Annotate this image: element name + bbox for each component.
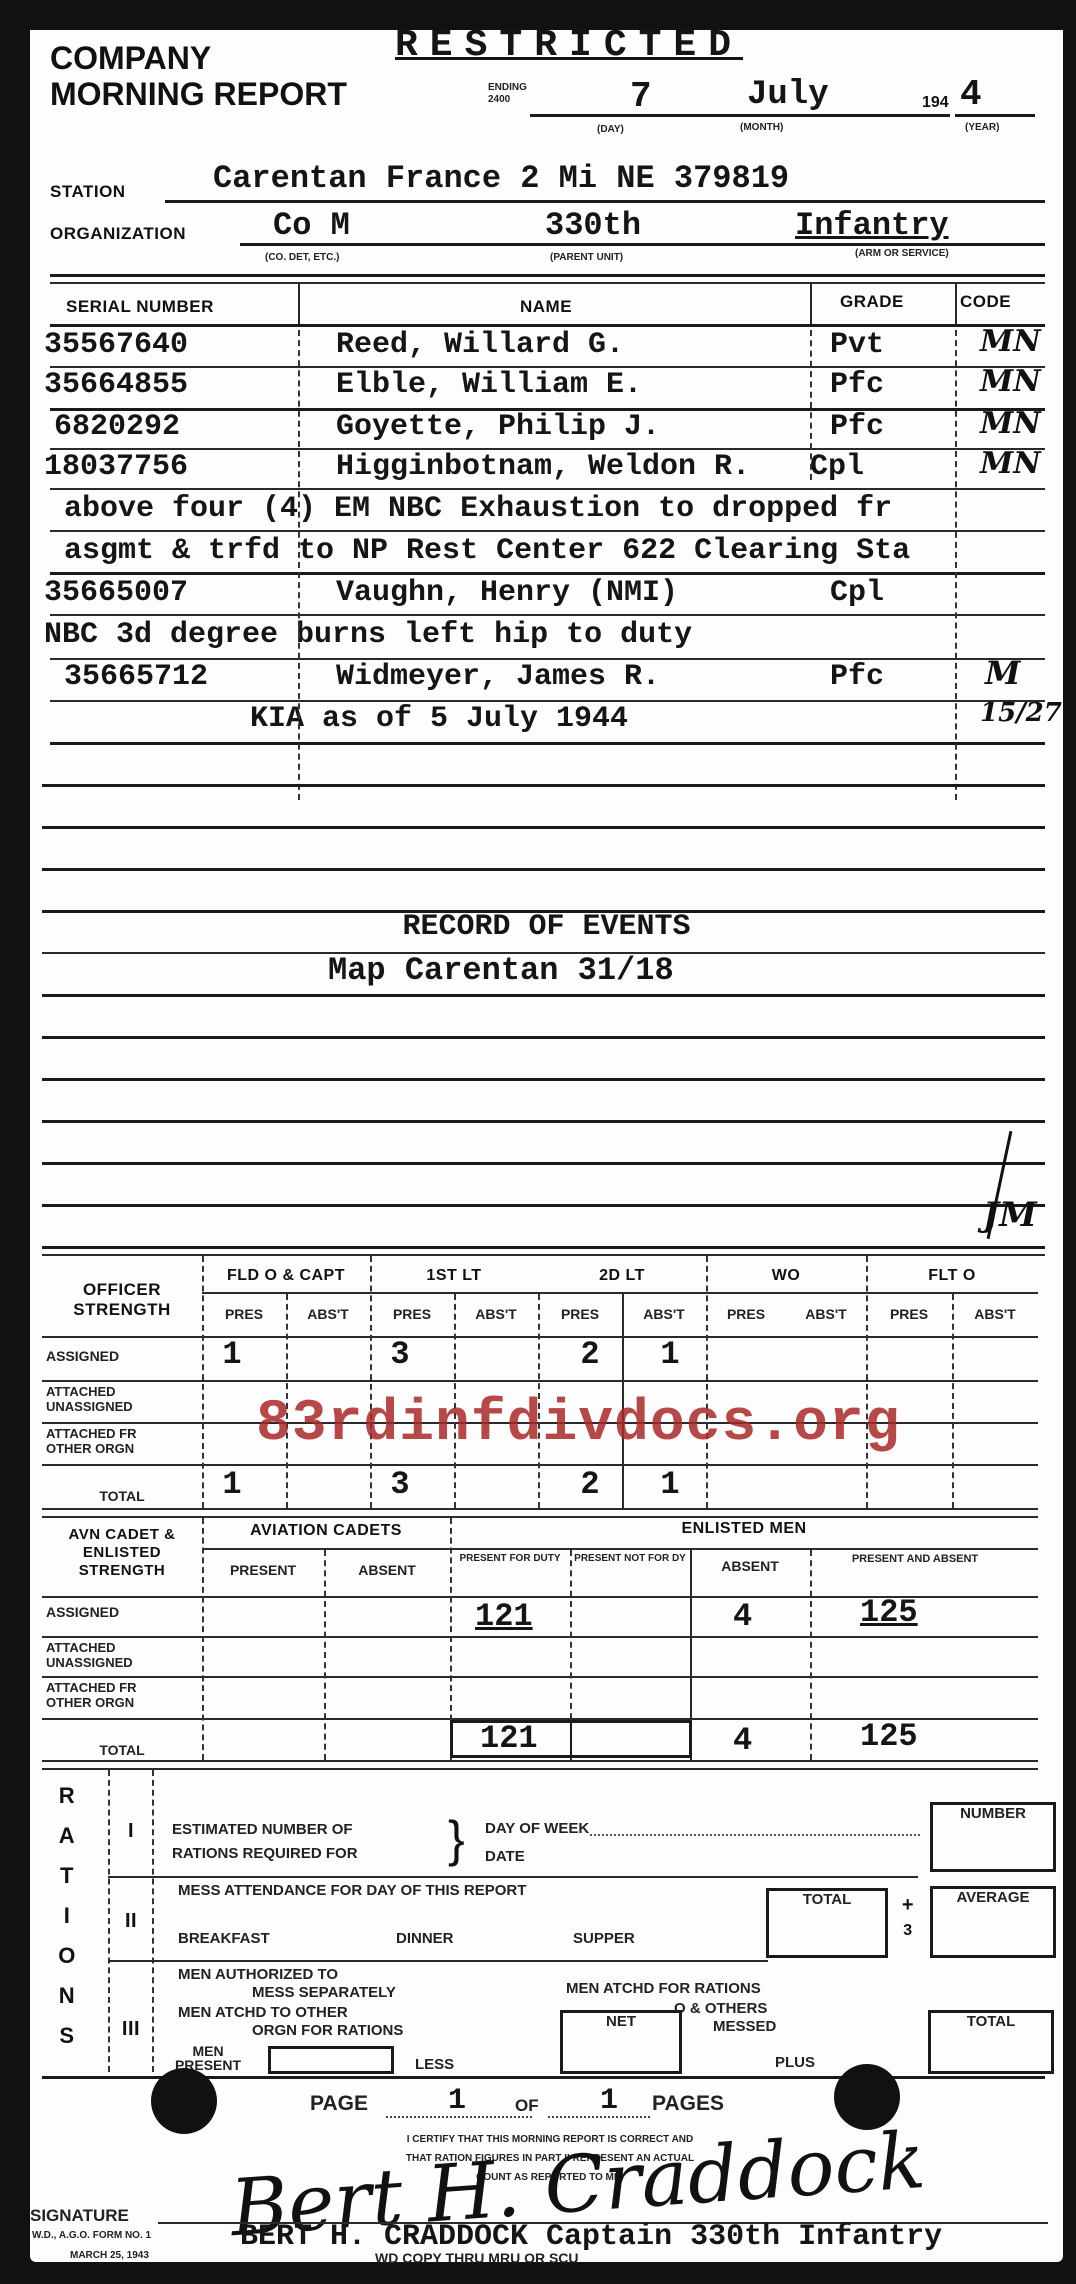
form-title-line2: MORNING REPORT xyxy=(50,76,347,112)
plus-sign: + xyxy=(890,1894,926,1917)
day-of-week-line xyxy=(590,1834,920,1836)
net-box[interactable]: NET xyxy=(560,2010,682,2074)
organization-label: ORGANIZATION xyxy=(50,224,186,244)
org-company-caption: (CO. DET, ETC.) xyxy=(265,252,339,263)
year-line xyxy=(955,114,1035,117)
col-name-header: NAME xyxy=(520,297,572,317)
officer-sub-rule xyxy=(202,1292,1038,1294)
org-arm: Infantry xyxy=(795,207,949,244)
org-parent-caption: (PARENT UNIT) xyxy=(550,252,623,263)
rations-letter: A xyxy=(42,1816,92,1856)
serial-number: 35665007 xyxy=(44,576,188,610)
col-guide xyxy=(810,330,812,480)
org-parent: 330th xyxy=(545,207,641,244)
orgn-for-rations-label: ORGN FOR RATIONS xyxy=(252,2022,403,2039)
pages-label: PAGES xyxy=(652,2092,724,2116)
code-mark: MN xyxy=(980,446,1041,481)
sub-pres: PRES xyxy=(202,1306,286,1322)
row-label-attached-unassigned: ATTACHED UNASSIGNED xyxy=(46,1640,176,1670)
org-company: Co M xyxy=(273,207,350,244)
number-box[interactable]: NUMBER xyxy=(930,1802,1056,1872)
men-atchd-other-label: MEN ATCHD TO OTHER xyxy=(178,2004,348,2021)
rations-letter: O xyxy=(42,1936,92,1976)
soldier-name: Higginbotnam, Weldon R. xyxy=(336,450,750,484)
roster-top-rule xyxy=(50,274,1045,277)
average-box-label: AVERAGE xyxy=(933,1889,1053,1906)
blank-rule xyxy=(42,826,1045,829)
soldier-name: Vaughn, Henry (NMI) xyxy=(336,576,678,610)
sub-abst: ABS'T xyxy=(286,1306,370,1322)
number-box-label: NUMBER xyxy=(933,1805,1053,1822)
page-number: 1 xyxy=(448,2084,466,2118)
classification-stamp: RESTRICTED xyxy=(395,24,743,67)
messed-label: MESSED xyxy=(713,2018,776,2035)
total-box[interactable]: TOTAL xyxy=(766,1888,888,1958)
form-number: W.D., A.G.O. FORM NO. 1 xyxy=(32,2230,151,2241)
soldier-name: Elble, William E. xyxy=(336,368,642,402)
row-label-total: TOTAL xyxy=(42,1488,202,1504)
grade: Cpl xyxy=(830,576,884,610)
blank-rule xyxy=(42,868,1045,871)
blank-rule xyxy=(42,1120,1045,1123)
rations-rule xyxy=(108,1876,918,1878)
page-total: 1 xyxy=(600,2084,618,2118)
blank-rule xyxy=(42,994,1045,997)
row-label-total: TOTAL xyxy=(42,1742,202,1758)
enlisted-top-rule xyxy=(42,1516,1038,1518)
report-day: 7 xyxy=(630,76,652,117)
record-of-events-title: RECORD OF EVENTS xyxy=(30,910,1063,944)
col-code-header: CODE xyxy=(960,292,1011,312)
ending-label: ENDING 2400 xyxy=(488,82,528,106)
section-iii: III xyxy=(110,2018,152,2041)
form-title: COMPANY MORNING REPORT xyxy=(50,40,347,112)
2d-lt-pres-assigned: 2 xyxy=(560,1336,620,1373)
men-present-box[interactable] xyxy=(268,2046,394,2074)
officer-group: FLT O xyxy=(866,1267,1038,1285)
supper-label: SUPPER xyxy=(573,1930,635,1947)
roster-top-rule2 xyxy=(50,282,1045,284)
present-and-absent-total: 125 xyxy=(860,1718,918,1755)
row-rule xyxy=(50,742,1045,745)
2d-lt-abst-assigned: 1 xyxy=(640,1336,700,1373)
remark-line: NBC 3d degree burns left hip to duty xyxy=(44,618,692,652)
col-present-for-duty: PRESENT FOR DUTY xyxy=(450,1552,570,1566)
row-rule xyxy=(50,488,1045,490)
fld-capt-pres-total: 1 xyxy=(202,1466,262,1503)
remark-line: above four (4) EM NBC Exhaustion to drop… xyxy=(64,492,892,526)
row-label-attached-fr-other: ATTACHED FR OTHER ORGN xyxy=(46,1426,176,1456)
station-label: STATION xyxy=(50,182,126,202)
dinner-label: DINNER xyxy=(396,1930,454,1947)
enlisted-rule xyxy=(42,1760,1038,1762)
day-of-week-label: DAY OF WEEK xyxy=(485,1820,589,1837)
less-label: LESS xyxy=(415,2056,454,2073)
code-mark: 15/27 xyxy=(980,698,1062,728)
day-caption: (DAY) xyxy=(597,124,624,135)
row-rule xyxy=(50,614,1045,616)
absent-total: 4 xyxy=(733,1722,752,1759)
total-box-divider xyxy=(570,1720,572,1758)
brace: } xyxy=(448,1810,465,1868)
enlisted-rule xyxy=(42,1676,1038,1678)
sub-pres: PRES xyxy=(370,1306,454,1322)
punch-hole-left xyxy=(151,2068,217,2134)
col-grade-header: GRADE xyxy=(840,292,904,312)
soldier-name: Goyette, Philip J. xyxy=(336,410,660,444)
col-present-not-for-duty: PRESENT NOT FOR DY xyxy=(570,1552,690,1566)
officer-group: WO xyxy=(706,1267,866,1285)
sec1-line: ESTIMATED NUMBER OF xyxy=(172,1818,358,1842)
officer-rule xyxy=(42,1508,1038,1510)
officer-col xyxy=(952,1294,954,1508)
wd-copy-note: WD COPY THRU MRU OR SCU xyxy=(375,2250,579,2266)
rations-letter: T xyxy=(42,1856,92,1896)
serial-number: 35665712 xyxy=(64,660,208,694)
enlisted-col xyxy=(324,1550,326,1760)
grade: Cpl xyxy=(810,450,864,484)
section-ii: II xyxy=(110,1910,152,1933)
row-rule xyxy=(50,572,1045,575)
men-present-label: MEN PRESENT xyxy=(158,2044,258,2072)
sec1-line: RATIONS REQUIRED FOR xyxy=(172,1842,358,1866)
year-prefix: 194 xyxy=(922,94,949,112)
blank-rule xyxy=(42,1246,1045,1249)
serial-number: 35567640 xyxy=(44,328,188,362)
col-absent: ABSENT xyxy=(690,1558,810,1574)
officer-top-rule xyxy=(42,1254,1045,1256)
code-mark: MN xyxy=(980,406,1041,441)
morning-report-form: COMPANY MORNING REPORT RESTRICTED ENDING… xyxy=(30,30,1063,2262)
officer-group: FLD O & CAPT xyxy=(202,1267,370,1285)
grade: Pfc xyxy=(830,368,884,402)
code-mark: MN xyxy=(980,324,1041,359)
blank-rule xyxy=(42,1078,1045,1081)
watermark: 83rdinfdivdocs.org xyxy=(256,1392,901,1457)
enlisted-sub-rule xyxy=(202,1548,1038,1550)
rations-rule xyxy=(108,1960,768,1962)
row-label-attached-fr-other: ATTACHED FR OTHER ORGN xyxy=(46,1680,176,1710)
station-value: Carentan France 2 Mi NE 379819 xyxy=(213,160,789,197)
form-title-line1: COMPANY xyxy=(50,40,347,76)
enlisted-col xyxy=(810,1550,812,1760)
enlisted-col xyxy=(202,1518,204,1760)
row-label-attached-unassigned: ATTACHED UNASSIGNED xyxy=(46,1384,176,1414)
o-others-label: O & OTHERS xyxy=(674,2000,767,2017)
form-date: MARCH 25, 1943 xyxy=(70,2250,149,2261)
divisor-three: 3 xyxy=(890,1922,926,1940)
blank-rule xyxy=(42,1036,1045,1039)
of-label: OF xyxy=(515,2096,539,2116)
officer-rule xyxy=(42,1336,1038,1338)
rations-top-rule xyxy=(42,1768,1038,1770)
enlisted-group: ENLISTED MEN xyxy=(450,1520,1038,1538)
sub-abst: ABS'T xyxy=(786,1306,866,1322)
cadets-group: AVIATION CADETS xyxy=(202,1522,450,1540)
average-box[interactable]: AVERAGE xyxy=(930,1886,1056,1958)
blank-rule xyxy=(42,1204,1045,1207)
col-serial-header: SERIAL NUMBER xyxy=(66,297,214,317)
soldier-name: Reed, Willard G. xyxy=(336,328,624,362)
serial-number: 18037756 xyxy=(44,450,188,484)
enlisted-strength-title: AVN CADET & ENLISTED STRENGTH xyxy=(42,1526,202,1580)
enlisted-rule xyxy=(42,1636,1038,1638)
rations-letter: S xyxy=(42,2016,92,2056)
col-divider xyxy=(810,284,812,324)
year-caption: (YEAR) xyxy=(965,122,999,133)
officer-strength-title: OFFICER STRENGTH xyxy=(42,1280,202,1320)
report-month: July xyxy=(747,76,829,114)
col-present-and-absent: PRESENT AND ABSENT xyxy=(830,1552,1000,1566)
grade: Pfc xyxy=(830,410,884,444)
serial-number: 35664855 xyxy=(44,368,188,402)
typed-signer-name: BERT H. CRADDOCK Captain 330th Infantry xyxy=(240,2220,942,2254)
rations-letter: I xyxy=(42,1896,92,1936)
remark-line: asgmt & trfd to NP Rest Center 622 Clear… xyxy=(64,534,910,568)
code-mark: M xyxy=(985,654,1020,692)
breakfast-label: BREAKFAST xyxy=(178,1930,270,1947)
sec2-text: MESS ATTENDANCE FOR DAY OF THIS REPORT xyxy=(178,1882,526,1899)
remark-line: KIA as of 5 July 1944 xyxy=(250,702,628,736)
soldier-name: Widmeyer, James R. xyxy=(336,660,660,694)
officer-col xyxy=(706,1256,708,1508)
roster-header-rule xyxy=(50,324,1045,327)
1st-lt-pres-total: 3 xyxy=(370,1466,430,1503)
rations-letter: R xyxy=(42,1776,92,1816)
sec1-text: ESTIMATED NUMBER OF RATIONS REQUIRED FOR xyxy=(172,1818,358,1866)
date-line xyxy=(530,114,950,117)
year-suffix: 4 xyxy=(960,74,982,115)
page-label: PAGE xyxy=(310,2092,368,2116)
sub-pres: PRES xyxy=(706,1306,786,1322)
officer-rule xyxy=(42,1464,1038,1466)
men-authorized-label: MEN AUTHORIZED TO xyxy=(178,1966,338,1983)
section-i: I xyxy=(110,1820,152,1843)
org-arm-caption: (ARM OR SERVICE) xyxy=(855,248,949,259)
2d-lt-abst-total: 1 xyxy=(640,1466,700,1503)
col-divider xyxy=(955,284,957,324)
col-guide xyxy=(955,330,957,800)
signature-label: SIGNATURE xyxy=(30,2206,129,2226)
absent-assigned: 4 xyxy=(733,1598,752,1635)
mess-separately-label: MESS SEPARATELY xyxy=(252,1984,396,2001)
col-cadet-absent: ABSENT xyxy=(324,1562,450,1578)
2d-lt-pres-total: 2 xyxy=(560,1466,620,1503)
pages-line xyxy=(548,2116,650,2118)
serial-number: 6820292 xyxy=(54,410,180,444)
row-label-assigned: ASSIGNED xyxy=(46,1348,119,1364)
rations-col xyxy=(152,1770,154,2072)
row-label-assigned: ASSIGNED xyxy=(46,1604,119,1620)
rations-letter: N xyxy=(42,1976,92,2016)
rations-side-label: R A T I O N S xyxy=(42,1776,92,2056)
blank-rule xyxy=(42,1162,1045,1165)
sub-pres: PRES xyxy=(866,1306,952,1322)
officer-group: 2D LT xyxy=(538,1267,706,1285)
present-for-duty-total: 121 xyxy=(480,1720,538,1757)
record-of-events-entry: Map Carentan 31/18 xyxy=(328,952,674,989)
net-box-label: NET xyxy=(563,2013,679,2030)
officer-group: 1ST LT xyxy=(370,1267,538,1285)
month-caption: (MONTH) xyxy=(740,122,783,133)
sub-abst: ABS'T xyxy=(622,1306,706,1322)
total-box-label: TOTAL xyxy=(769,1891,885,1908)
fld-capt-pres-assigned: 1 xyxy=(202,1336,262,1373)
plus-label: PLUS xyxy=(775,2054,815,2071)
sub-abst: ABS'T xyxy=(454,1306,538,1322)
present-and-absent-assigned: 125 xyxy=(860,1594,918,1631)
station-line xyxy=(165,200,1045,203)
present-for-duty-assigned: 121 xyxy=(475,1598,533,1635)
grade: Pfc xyxy=(830,660,884,694)
col-cadet-present: PRESENT xyxy=(202,1562,324,1578)
sub-pres: PRES xyxy=(538,1306,622,1322)
total-box-iii-label: TOTAL xyxy=(931,2013,1051,2030)
sub-abst: ABS'T xyxy=(952,1306,1038,1322)
row-rule xyxy=(50,530,1045,532)
officer-rule xyxy=(42,1380,1038,1382)
date-label: DATE xyxy=(485,1848,525,1865)
blank-rule xyxy=(42,784,1045,787)
1st-lt-pres-assigned: 3 xyxy=(370,1336,430,1373)
officer-col xyxy=(866,1256,868,1508)
men-atchd-for-rations-label: MEN ATCHD FOR RATIONS xyxy=(566,1980,761,1997)
code-mark: MN xyxy=(980,364,1041,399)
col-divider xyxy=(298,284,300,324)
total-box-iii[interactable]: TOTAL xyxy=(928,2010,1054,2074)
col-guide xyxy=(298,330,300,800)
grade: Pvt xyxy=(830,328,884,362)
